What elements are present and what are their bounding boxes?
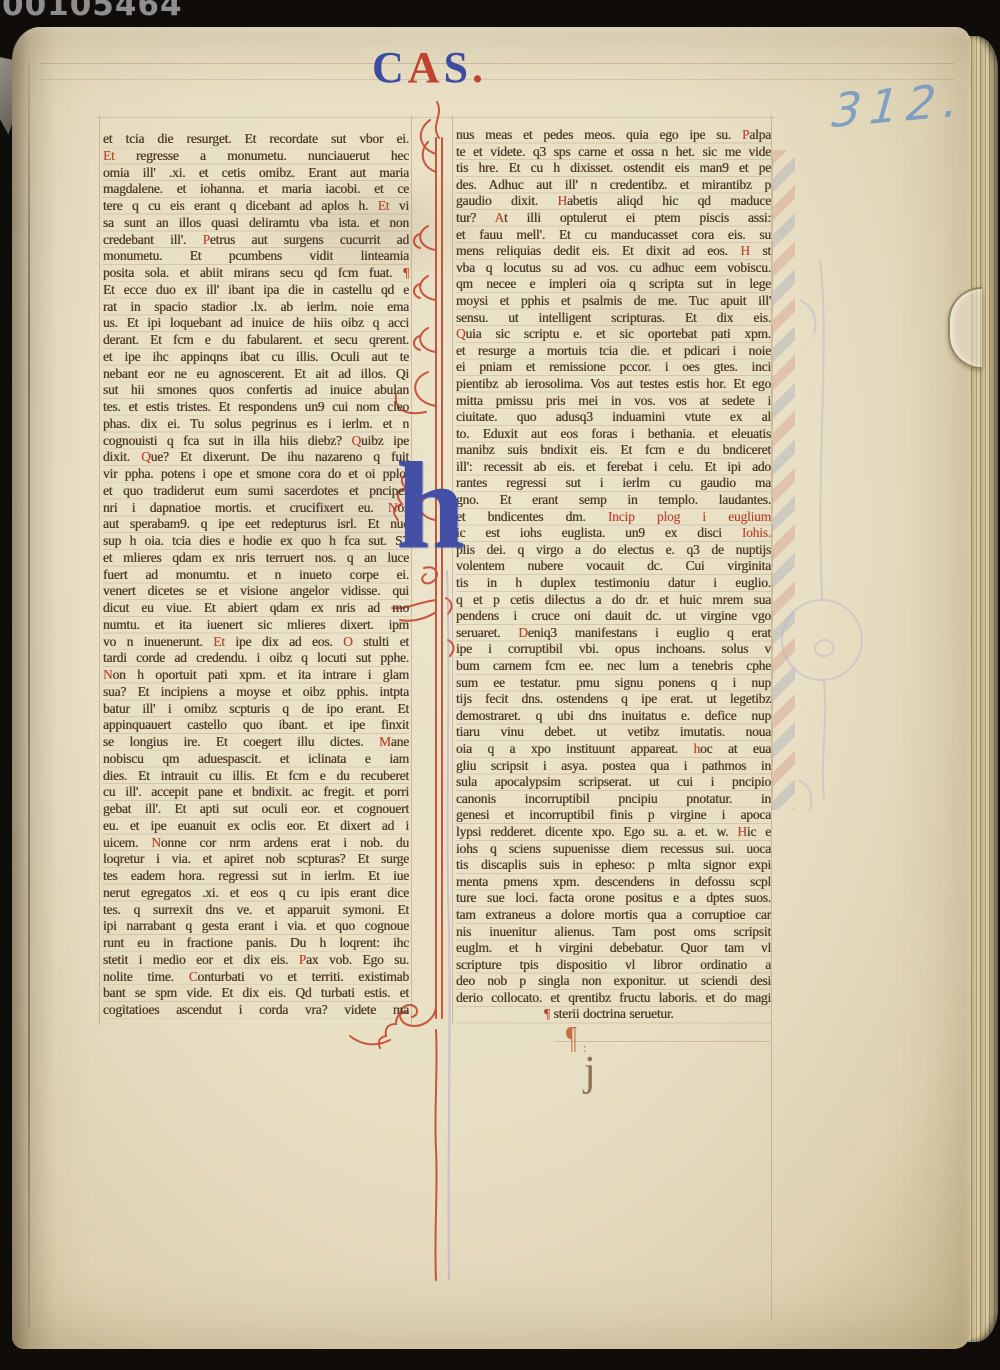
text-line: nobiscu qm aduespascit. et iclinata e ia…	[103, 751, 409, 768]
text-line: deo nob p singla non exponitur. ut scien…	[456, 973, 771, 990]
body-text: phas. dix ei. Tu solus pegrinus es i ier…	[103, 416, 409, 431]
body-text: et quo tradiderut eum sumi sacerdotes et…	[103, 483, 409, 498]
rubricated-text: P	[299, 952, 306, 967]
rubricated-text: Q	[456, 326, 466, 341]
text-line: ipe i corruptibil vbi. opus inchoans. so…	[456, 641, 771, 658]
text-line: et tcia die resurget. Et recordate sut v…	[103, 131, 409, 148]
body-text: te et videte. q3 sps carne et ossa n het…	[456, 144, 771, 159]
rubricated-text: Q	[141, 449, 151, 464]
text-line: fuert ad monumtu. et n inueto corpe ei.	[103, 567, 409, 584]
rubricated-text: P	[203, 232, 210, 247]
text-line: dicut eu viue. Et abiert qdam ex nris ad…	[103, 600, 409, 617]
rubricated-text: C	[189, 969, 198, 984]
body-text: t illi optulerut ei ptem piscis assi:	[504, 210, 771, 225]
text-line: euglm. et h virgini debebatur. Quor tam …	[456, 940, 771, 957]
body-text: scripture tpis dispositio vl libror ordi…	[456, 957, 771, 972]
text-line: ipi narrabant q gesta erant i via. et qu…	[103, 918, 409, 935]
text-line: tis discaplis suis in epheso: p mlta sig…	[456, 857, 771, 874]
body-text: deo nob p singla non exponitur. ut scien…	[456, 973, 771, 988]
text-line: us. Et ipi loquebant ad inuice de hiis o…	[103, 315, 409, 332]
text-line: vir ppha. potens i ope et smone cora do …	[103, 466, 409, 483]
text-line: tur? At illi optulerut ei ptem piscis as…	[456, 210, 771, 227]
body-text: tes. q surrexit dns ve. et apparuit symo…	[103, 902, 409, 917]
body-text: bum carnem fcm ee. nec lum a tenebris cp…	[456, 658, 771, 673]
text-line: Et ecce duo ex ill' ibant ipa die in cas…	[103, 282, 409, 299]
body-text: canonis incorruptibil pncipiu pnotatur. …	[456, 791, 771, 806]
text-line: tes. q surrexit dns ve. et apparuit symo…	[103, 902, 409, 919]
body-text: ipe i corruptibil vbi. opus inchoans. so…	[456, 641, 771, 656]
body-text: des. Adhuc aut ill' n credentibz. et mir…	[456, 177, 771, 192]
running-title: CAS.	[372, 46, 502, 90]
body-text: sula apocalypsim scripserat. ut cui i pn…	[456, 774, 771, 789]
body-text: Et ecce duo ex ill' ibant ipa die in cas…	[103, 282, 409, 297]
text-line: runt eu in fractione panis. Du h loqrent…	[103, 935, 409, 952]
text-line: gaudio dixit. Habetis aliqd hic qd maduc…	[456, 193, 771, 210]
body-text: venert dicetes se et visione angelor vid…	[103, 583, 409, 598]
body-text: pendens i cruce oni dauit dc. ut virgine…	[456, 608, 771, 623]
body-text: derio collocato. et qrentibz fructu labo…	[456, 990, 771, 1005]
body-text: et mlieres qdam ex nris terruert nos. q …	[103, 550, 409, 565]
body-text: nus meas et pedes meos. quia ego ipe su.	[456, 127, 742, 142]
text-line: pientibz ab ierosolima. Vos aut testes e…	[456, 376, 771, 393]
text-line: tiaru vinu debet. ut vetibz imutatis. no…	[456, 724, 771, 741]
body-text: numtu. et ita iuenert sic mlieres dixert…	[103, 617, 409, 632]
body-text: et bndicentes dm.	[456, 509, 608, 524]
text-line: cognouisti q fca sut in illa hiis diebz?…	[103, 433, 409, 450]
body-text: et tcia die resurget. Et recordate sut v…	[103, 131, 409, 146]
text-line: ture sue loci. facta orone positus e a d…	[456, 890, 771, 907]
body-text: tes eadem hora. regressi sut in ierlm. E…	[103, 868, 409, 883]
body-text: tis in h duplex testimoniu datur i eugli…	[456, 575, 771, 590]
text-line: ic est iohs euglista. un9 ex disci Iohis…	[456, 525, 771, 542]
rubricated-text: ¶	[544, 1006, 554, 1021]
text-line: et resurge a mortuis tcia die. et pdicar…	[456, 343, 771, 360]
body-text: us. Et ipi loquebant ad inuice de hiis o…	[103, 315, 409, 330]
text-line: menta pmens xpm. descendens in defossu s…	[456, 874, 771, 891]
body-text: magdalene. et iohanna. et maria iacobi. …	[103, 181, 409, 196]
manuscript-photo: { "photo": { "device_label": "00105464" …	[0, 0, 1000, 1370]
body-text: nis inuenitur alienus. Tam post oms scri…	[456, 924, 771, 939]
body-text: eniq3 manifestans i euglio q erat	[528, 625, 771, 640]
body-text: nobiscu qm aduespascit. et iclinata e ia…	[103, 751, 409, 766]
body-text: onturbati vo et territi. existimab	[198, 969, 409, 984]
body-text: sensu. ut intelligent scripturas. Et dix…	[456, 310, 771, 325]
text-line: manibz suis bndixit eis. Et fcm e du bnd…	[456, 442, 771, 459]
text-line: oia q a xpo instituunt appareat. hoc at …	[456, 741, 771, 758]
body-text: qm necee e impleri oia q scripta sut in …	[456, 276, 771, 291]
text-line: nri i dapnatioe mortis. et crucifixert e…	[103, 500, 409, 517]
text-line: et fauu mell'. Et cu manducasset cora ei…	[456, 227, 771, 244]
body-text: tis discaplis suis in epheso: p mlta sig…	[456, 857, 771, 872]
text-line: mitta pmissu pris mei in vos. vos at sed…	[456, 393, 771, 410]
body-text: plis dei. q virgo a do electus e. q3 de …	[456, 542, 771, 557]
body-text: et ipe ihc appinqns ibat cu illis. Oculi…	[103, 349, 409, 364]
text-line: posita sola. et abiit mirans secu qd fcm…	[103, 265, 409, 282]
rubricated-text: Q	[351, 433, 361, 448]
body-text: mitta pmissu pris mei in vos. vos at sed…	[456, 393, 771, 408]
body-text: ax vob. Ego su.	[306, 952, 409, 967]
text-line: demostraret. q ubi dns inuitatus e. defi…	[456, 708, 771, 725]
body-text: iohs q sciens supuenisse diem recessus s…	[456, 841, 771, 856]
text-line: et bndicentes dm. Incip plog i euglium	[456, 509, 771, 526]
body-text: cogitatioes ascendut i corda vra? videte…	[103, 1002, 409, 1017]
body-text: to. Eduxit aut eos foras i bethania. et …	[456, 426, 771, 441]
body-text: monumetu. Et pcumbens vidit linteamia	[103, 248, 409, 263]
text-line: gliu scripsit i asya. postea qua i pathm…	[456, 758, 771, 775]
text-line: moysi et pphis et psalmis de me. Tuc apu…	[456, 293, 771, 310]
text-line: bum carnem fcm ee. nec lum a tenebris cp…	[456, 658, 771, 675]
illuminated-initial-h: h	[396, 444, 465, 568]
rubricated-text: O	[343, 634, 353, 649]
text-line: scripture tpis dispositio vl libror ordi…	[456, 957, 771, 974]
text-line: genesi et incorruptibil finis p virgine …	[456, 807, 771, 824]
body-text: alpa	[749, 127, 771, 142]
body-text: moysi et pphis et psalmis de me. Tuc apu…	[456, 293, 771, 308]
body-text: rat in spacio stadior .lx. ab ierlm. noi…	[103, 299, 409, 314]
text-line: q et p cetis dilectus a do dr. et huic m…	[456, 592, 771, 609]
text-line: nus meas et pedes meos. quia ego ipe su.…	[456, 127, 771, 144]
body-text: oc at eua	[700, 741, 771, 756]
text-line: sa sunt an illos quasi deliramtu vba ist…	[103, 215, 409, 232]
body-text: bant se spm vide. Et dix eis. Qd turbati…	[103, 985, 409, 1000]
text-line: venert dicetes se et visione angelor vid…	[103, 583, 409, 600]
body-text: credebant ill'.	[103, 232, 203, 247]
body-text: ue? Et dixerunt. De ihu nazareno q fuit	[151, 449, 409, 464]
text-line: appinquauert castello quo ibant. et ipe …	[103, 717, 409, 734]
body-text: ic e	[747, 824, 771, 839]
text-line: to. Eduxit aut eos foras i bethania. et …	[456, 426, 771, 443]
text-line: nebant eor ne eu agnoscerent. Et ait ad …	[103, 366, 409, 383]
text-line: et mlieres qdam ex nris terruert nos. q …	[103, 550, 409, 567]
body-text: mens reliquias dedit eis. Et dixit ad eo…	[456, 243, 740, 258]
body-text: ill': recessit ab eis. et ferebat i celu…	[456, 459, 771, 474]
text-line: des. Adhuc aut ill' n credentibz. et mir…	[456, 177, 771, 194]
text-line: nerut egregatos .xi. et eos q cu ipis er…	[103, 885, 409, 902]
text-line: gno. Et erant semp in templo. laudantes.	[456, 492, 771, 509]
body-text: tis hre. Et cu h dixisset. ostendit eis …	[456, 160, 771, 175]
text-line: sua? Et incipiens a moyse et oibz pphis.…	[103, 684, 409, 701]
body-text: pientibz ab ierosolima. Vos aut testes e…	[456, 376, 771, 391]
text-line: derio collocato. et qrentibz fructu labo…	[456, 990, 771, 1007]
text-line: numtu. et ita iuenert sic mlieres dixert…	[103, 617, 409, 634]
body-text: demostraret. q ubi dns inuitatus e. defi…	[456, 708, 771, 723]
body-text: tes. et estis tristes. Et respondens un9…	[103, 399, 409, 414]
body-text: posita sola. et abiit mirans secu qd fcm…	[103, 265, 403, 280]
text-line: phas. dix ei. Tu solus pegrinus es i ier…	[103, 416, 409, 433]
running-title-letter: S	[444, 43, 472, 92]
text-line: iohs q sciens supuenisse diem recessus s…	[456, 841, 771, 858]
text-line: ei pniam et remissione pccor. i oes gtes…	[456, 359, 771, 376]
text-line: uicem. Nonne cor nrm ardens erat i nob. …	[103, 835, 409, 852]
rubricated-text: N	[103, 667, 113, 682]
text-line: sum ee testatur. pmu signu ponens q i nu…	[456, 675, 771, 692]
body-text: derant. Et fcm e du fabularent. et secu …	[103, 332, 409, 347]
faded-margin-flourish	[770, 140, 900, 840]
text-column-right: nus meas et pedes meos. quia ego ipe su.…	[456, 127, 771, 1024]
text-line: tam extraneus a dolore mortis qua a corr…	[456, 907, 771, 924]
pen-trial-letter: j	[584, 1048, 596, 1096]
body-text: seruaret.	[456, 625, 518, 640]
body-text: tardi corde ad credendu. i oibz q locuti…	[103, 650, 409, 665]
body-text: fuert ad monumtu. et n inueto corpe ei.	[103, 567, 409, 582]
body-text: sut hii smones quos confertis ad inuice …	[103, 382, 409, 397]
text-line: Et regresse a monumetu. nunciauerut hec	[103, 148, 409, 165]
body-text: gno. Et erant semp in templo. laudantes.	[456, 492, 771, 507]
text-line: sensu. ut intelligent scripturas. Et dix…	[456, 310, 771, 327]
text-line: monumetu. Et pcumbens vidit linteamia	[103, 248, 409, 265]
body-text: gaudio dixit.	[456, 193, 557, 208]
body-text: stetit i medio eor et dix eis.	[103, 952, 299, 967]
text-line: mens reliquias dedit eis. Et dixit ad eo…	[456, 243, 771, 260]
body-text: tam extraneus a dolore mortis qua a corr…	[456, 907, 771, 922]
text-line: aut sperabam9. q ipe eet redepturus isrl…	[103, 516, 409, 533]
body-text: dies. Et intrauit cu illis. Et fcm e du …	[103, 768, 409, 783]
body-text: ane	[391, 734, 409, 749]
rubricated-text: Incip plog i euglium	[608, 509, 771, 524]
text-line: sup h oia. tcia dies e hodie ex quo h fc…	[103, 533, 409, 550]
body-text: vi	[389, 198, 409, 213]
text-line: tis hre. Et cu h dixisset. ostendit eis …	[456, 160, 771, 177]
text-line: credebant ill'. Petrus aut surgens cucur…	[103, 232, 409, 249]
text-line: tes eadem hora. regressi sut in ierlm. E…	[103, 868, 409, 885]
text-line: magdalene. et iohanna. et maria iacobi. …	[103, 181, 409, 198]
body-text: sum ee testatur. pmu signu ponens q i nu…	[456, 675, 771, 690]
body-text: dicut eu viue. Et abiert qdam ex nris ad…	[103, 600, 409, 615]
rubricated-text: M	[379, 734, 391, 749]
rubricated-text: D	[518, 625, 528, 640]
text-line: bant se spm vide. Et dix eis. Qd turbati…	[103, 985, 409, 1002]
body-text: euglm. et h virgini debebatur. Quor tam …	[456, 940, 771, 955]
rubricated-text: Iohis.	[742, 525, 771, 540]
body-text: oia q a xpo instituunt appareat.	[456, 741, 694, 756]
body-text: aut sperabam9. q ipe eet redepturus isrl…	[103, 516, 409, 531]
gutter-shadow	[12, 27, 56, 1349]
text-line: dies. Et intrauit cu illis. Et fcm e du …	[103, 768, 409, 785]
text-line: tere q cu eis erant q dicebant ad aplos …	[103, 198, 409, 215]
body-text: ture sue loci. facta orone positus e a d…	[456, 890, 771, 905]
body-text: et fauu mell'. Et cu manducasset cora ei…	[456, 227, 771, 242]
body-text: st	[750, 243, 771, 258]
text-line: vba q locutus su ad vos. cu adhuc eem vo…	[456, 260, 771, 277]
text-line: plis dei. q virgo a do electus e. q3 de …	[456, 542, 771, 559]
running-title-letter: .	[472, 43, 487, 92]
body-text: ei pniam et remissione pccor. i oes gtes…	[456, 359, 771, 374]
text-line: rantes regressi sut i ierlm cu gaudio ma	[456, 475, 771, 492]
body-text: ipe dix ad eos.	[225, 634, 343, 649]
body-text: cognouisti q fca sut in illa hiis diebz?	[103, 433, 351, 448]
body-text: nebant eor ne eu agnoscerent. Et ait ad …	[103, 366, 409, 381]
body-text: volentem nubere vocauit dc. Cui virginit…	[456, 558, 771, 573]
body-text: vir ppha. potens i ope et smone cora do …	[103, 466, 409, 481]
body-text: gebat ill'. Et apti sut oculi eor. et co…	[103, 801, 409, 816]
body-text: etrus aut surgens cucurrit ad	[210, 232, 409, 247]
text-line: batur ill' i omibz scpturis q de ipo era…	[103, 701, 409, 718]
text-line: eu. et ipe euanuit ex oclis eor. Et dixe…	[103, 818, 409, 835]
text-line: ill': recessit ab eis. et ferebat i celu…	[456, 459, 771, 476]
rubricated-text: H	[557, 193, 567, 208]
body-text: gliu scripsit i asya. postea qua i pathm…	[456, 758, 771, 773]
body-text: loqretur i via. et apiret nob scpturas? …	[103, 851, 409, 866]
text-line: pendens i cruce oni dauit dc. ut virgine…	[456, 608, 771, 625]
body-text: abetis aliqd hic qd maduce	[567, 193, 771, 208]
text-line: cogitatioes ascendut i corda vra? videte…	[103, 1002, 409, 1019]
running-title-letter: A	[408, 43, 444, 92]
body-text: appinquauert castello quo ibant. et ipe …	[103, 717, 409, 732]
text-line: volentem nubere vocauit dc. Cui virginit…	[456, 558, 771, 575]
body-text: vba q locutus su ad vos. cu adhuc eem vo…	[456, 260, 771, 275]
text-line: loqretur i via. et apiret nob scpturas? …	[103, 851, 409, 868]
rubricated-text: Et	[378, 198, 390, 213]
text-line: rat in spacio stadior .lx. ab ierlm. noi…	[103, 299, 409, 316]
body-text: nerut egregatos .xi. et eos q cu ipis er…	[103, 885, 409, 900]
body-text: eu. et ipe euanuit ex oclis eor. Et dixe…	[103, 818, 409, 833]
body-text: tere q cu eis erant q dicebant ad aplos …	[103, 198, 378, 213]
body-text: onne cor nrm ardens erat i nob. du	[161, 835, 409, 850]
body-text: cu ill'. accepit pane et bndixit. ac fre…	[103, 784, 409, 799]
text-line: sut hii smones quos confertis ad inuice …	[103, 382, 409, 399]
body-text: regresse a monumetu. nunciauerut hec	[115, 148, 409, 163]
text-line: te et videte. q3 sps carne et ossa n het…	[456, 144, 771, 161]
rubricated-text: H	[737, 824, 747, 839]
text-line: omia ill' .xi. et cetis omibz. Erant aut…	[103, 165, 409, 182]
text-line: derant. Et fcm e du fabularent. et secu …	[103, 332, 409, 349]
body-text: on h oportuit pati xpm. et ita intrare i…	[113, 667, 409, 682]
body-text: ipi narrabant q gesta erant i via. et qu…	[103, 918, 409, 933]
body-text: sup h oia. tcia dies e hodie ex quo h fc…	[103, 533, 409, 548]
text-line: tardi corde ad credendu. i oibz q locuti…	[103, 650, 409, 667]
body-text: tur?	[456, 210, 494, 225]
text-column-left: et tcia die resurget. Et recordate sut v…	[103, 131, 409, 1020]
text-line: dixit. Que? Et dixerunt. De ihu nazareno…	[103, 449, 409, 466]
rubricated-text: A	[494, 210, 504, 225]
red-flourish-mark: ¶	[566, 1022, 577, 1057]
body-text: rantes regressi sut i ierlm cu gaudio ma	[456, 475, 771, 490]
body-text: menta pmens xpm. descendens in defossu s…	[456, 874, 771, 889]
body-text: sterii doctrina seruetur.	[554, 1006, 674, 1021]
text-line: stetit i medio eor et dix eis. Pax vob. …	[103, 952, 409, 969]
body-text: genesi et incorruptibil finis p virgine …	[456, 807, 771, 822]
body-text: tiaru vinu debet. ut vetibz imutatis. no…	[456, 724, 771, 739]
text-line: et ipe ihc appinqns ibat cu illis. Oculi…	[103, 349, 409, 366]
text-line: cu ill'. accepit pane et bndixit. ac fre…	[103, 784, 409, 801]
text-line: nolite time. Conturbati vo et territi. e…	[103, 969, 409, 986]
body-text: ciuitate. quo adusq3 induamini vtute ex …	[456, 409, 771, 424]
text-line: tes. et estis tristes. Et respondens un9…	[103, 399, 409, 416]
body-text: batur ill' i omibz scpturis q de ipo era…	[103, 701, 409, 716]
body-text: uicem.	[103, 835, 151, 850]
text-line: gebat ill'. Et apti sut oculi eor. et co…	[103, 801, 409, 818]
body-text: vo n inuenerunt.	[103, 634, 213, 649]
text-line: vo n inuenerunt. Et ipe dix ad eos. O st…	[103, 634, 409, 651]
body-text: manibz suis bndixit eis. Et fcm e du bnd…	[456, 442, 771, 457]
text-line: ciuitate. quo adusq3 induamini vtute ex …	[456, 409, 771, 426]
body-text: dixit.	[103, 449, 141, 464]
body-text: sua? Et incipiens a moyse et oibz pphis.…	[103, 684, 409, 699]
rubricated-text: Et	[213, 634, 225, 649]
body-text: uia sic scriptu e. et sic oportebat pati…	[466, 326, 771, 341]
text-line: seruaret. Deniq3 manifestans i euglio q …	[456, 625, 771, 642]
body-text: se longius ire. Et coegert illu dictes.	[103, 734, 379, 749]
archive-device-number: 00105464	[2, 0, 183, 23]
body-text: nri i dapnatioe mortis. et crucifixert e…	[103, 500, 388, 515]
body-text: tijs fecit dns. ostendens q ipe erat. ut…	[456, 691, 771, 706]
rubricated-text: Et	[103, 148, 115, 163]
rubricated-text: H	[740, 243, 750, 258]
text-line: sula apocalypsim scripserat. ut cui i pn…	[456, 774, 771, 791]
text-line: se longius ire. Et coegert illu dictes. …	[103, 734, 409, 751]
column-rule	[99, 115, 100, 1025]
body-text: ic est iohs euglista. un9 ex disci	[456, 525, 742, 540]
text-line: qm necee e impleri oia q scripta sut in …	[456, 276, 771, 293]
rubricated-text: N	[151, 835, 161, 850]
text-line: tijs fecit dns. ostendens q ipe erat. ut…	[456, 691, 771, 708]
text-line: ¶ sterii doctrina seruetur.	[456, 1006, 771, 1023]
text-line: et quo tradiderut eum sumi sacerdotes et…	[103, 483, 409, 500]
text-line: lypsi redderet. dicente xpo. Ego su. a. …	[456, 824, 771, 841]
body-text: runt eu in fractione panis. Du h loqrent…	[103, 935, 409, 950]
text-line: nis inuenitur alienus. Tam post oms scri…	[456, 924, 771, 941]
text-line: Non h oportuit pati xpm. et ita intrare …	[103, 667, 409, 684]
body-text: sa sunt an illos quasi deliramtu vba ist…	[103, 215, 409, 230]
body-text: nolite time.	[103, 969, 189, 984]
body-text: q et p cetis dilectus a do dr. et huic m…	[456, 592, 771, 607]
body-text: et resurge a mortuis tcia die. et pdicar…	[456, 343, 771, 358]
body-text: omia ill' .xi. et cetis omibz. Erant aut…	[103, 165, 409, 180]
running-title-letter: C	[372, 43, 408, 92]
rubricated-text: ¶	[403, 265, 409, 280]
text-line: canonis incorruptibil pncipiu pnotatur. …	[456, 791, 771, 808]
text-line: Quia sic scriptu e. et sic oportebat pat…	[456, 326, 771, 343]
gutter-crease	[28, 60, 30, 1328]
body-text: stulti et	[353, 634, 409, 649]
text-line: tis in h duplex testimoniu datur i eugli…	[456, 575, 771, 592]
body-text: lypsi redderet. dicente xpo. Ego su. a. …	[456, 824, 737, 839]
